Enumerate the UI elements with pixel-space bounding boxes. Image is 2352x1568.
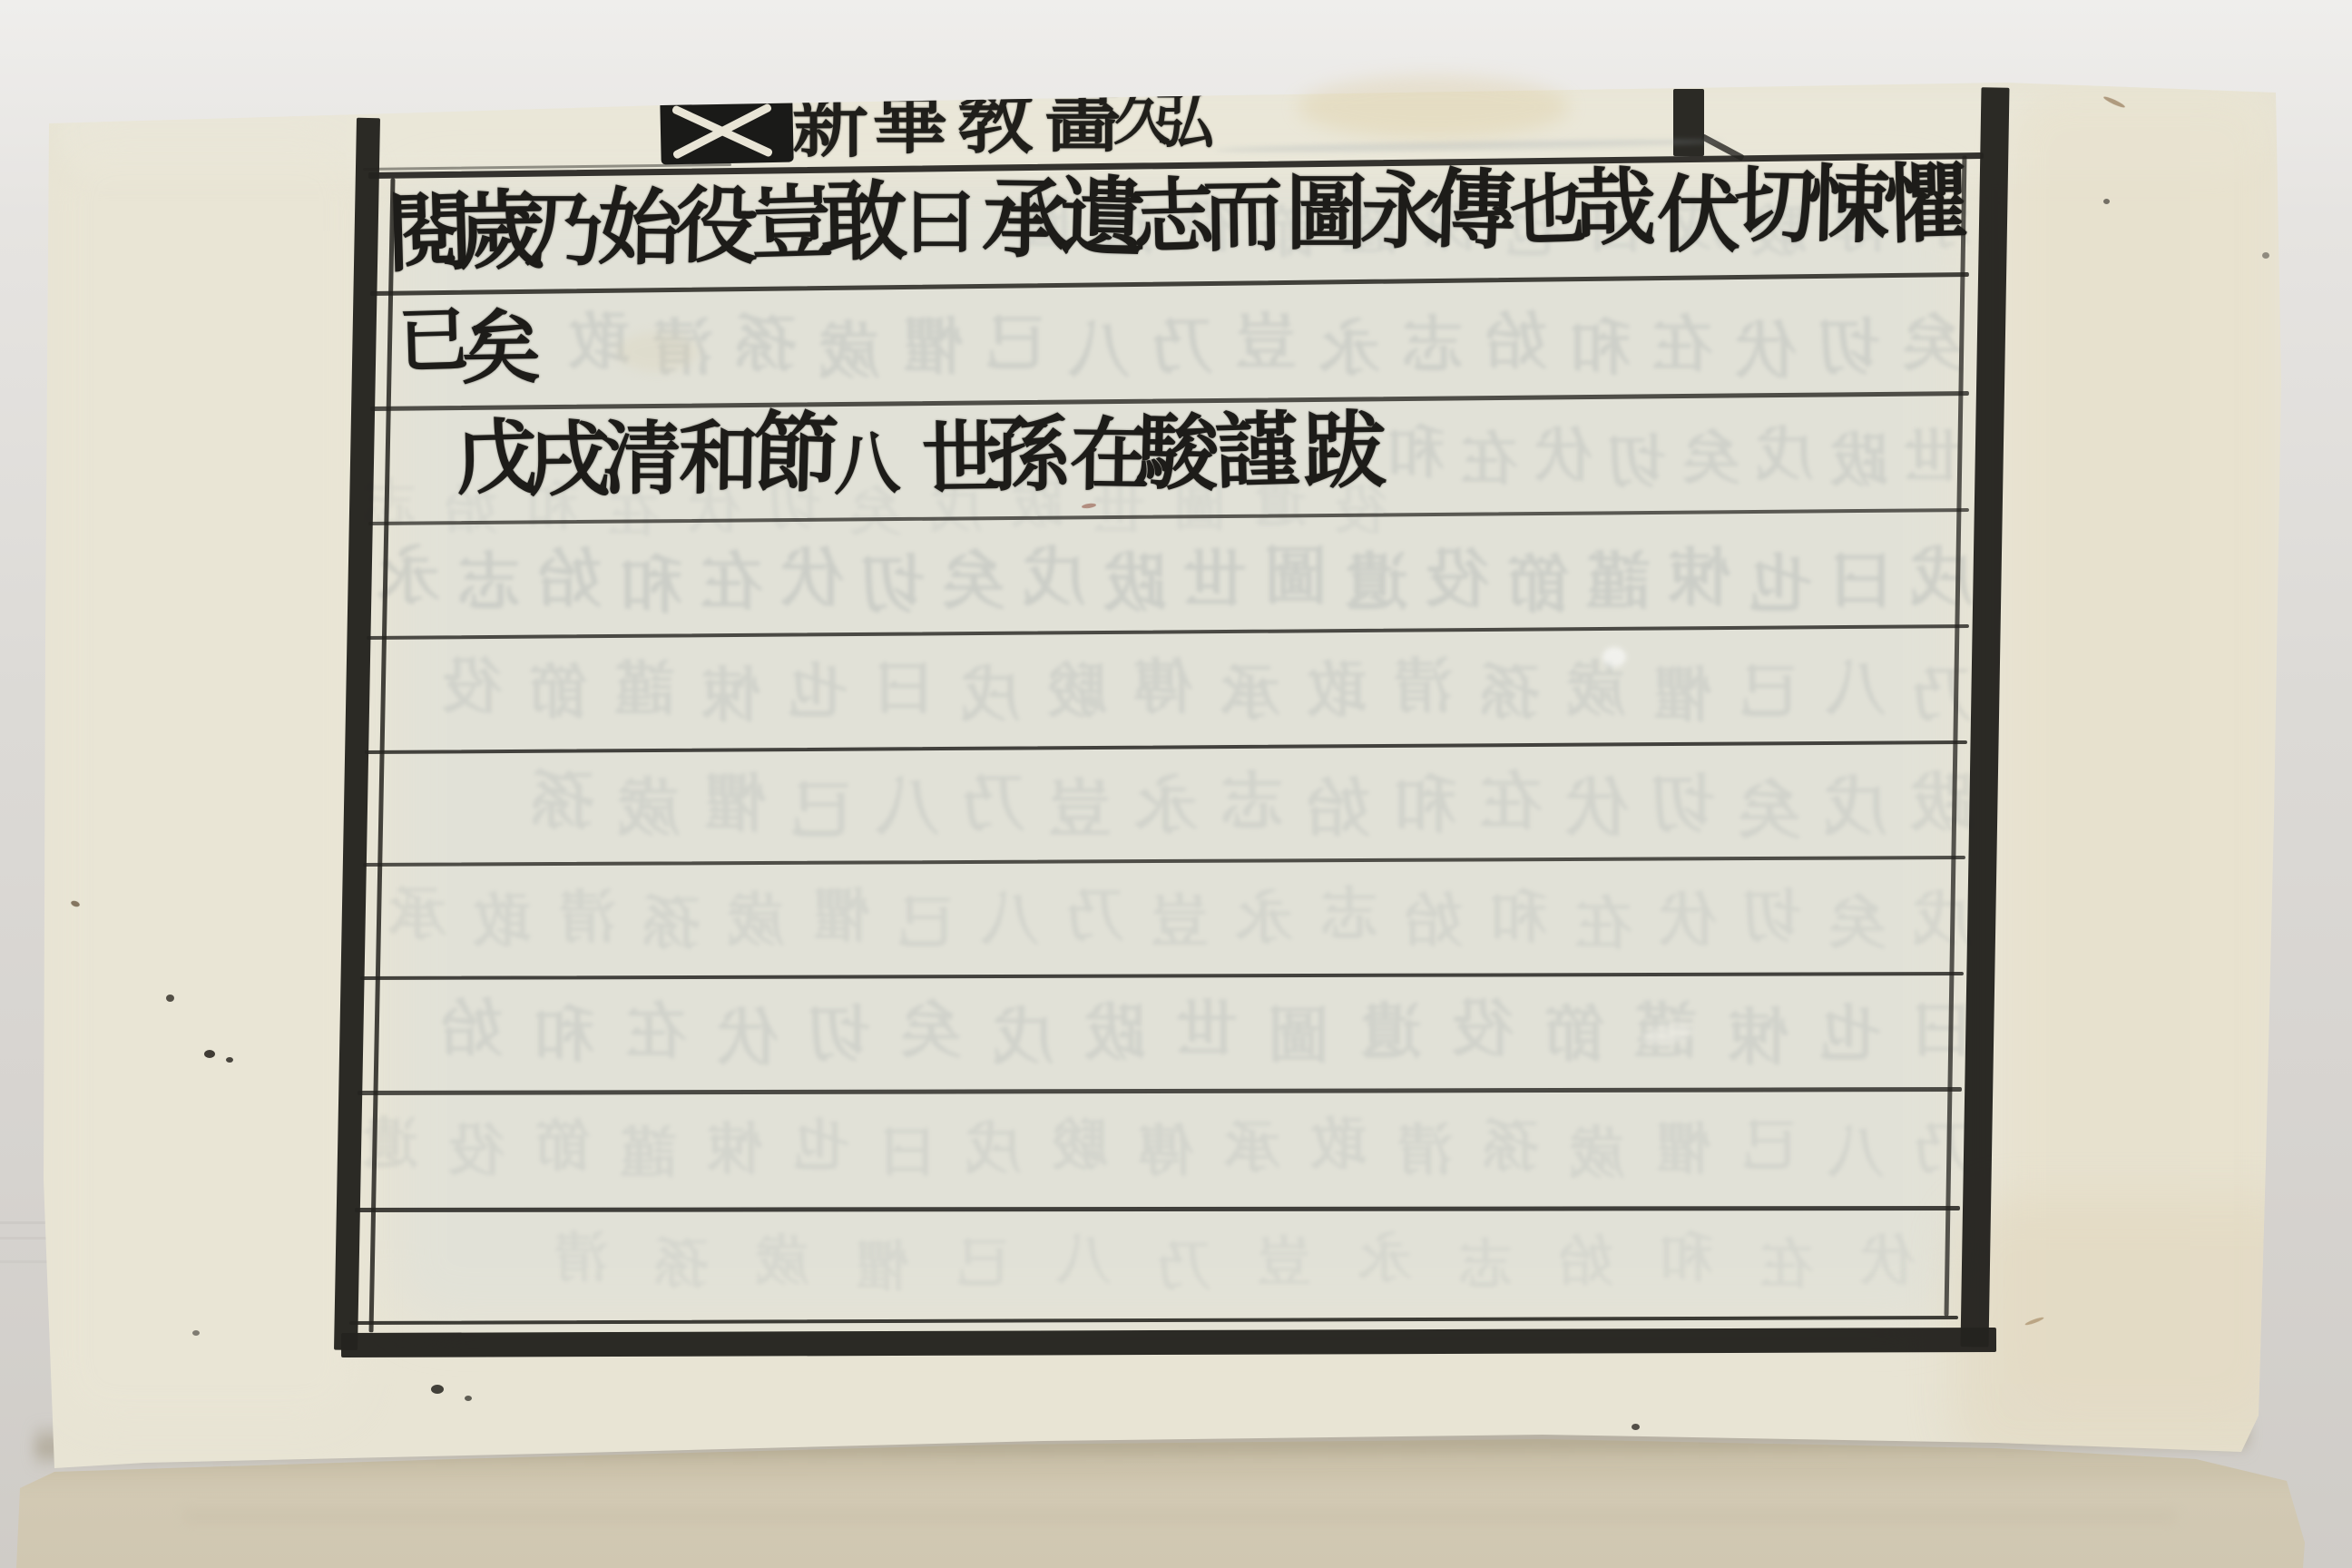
ghost-char: 志	[1458, 1239, 1513, 1293]
ghost-char: 役	[1426, 547, 1489, 611]
text-row-3-colophon-char: 跋	[1302, 409, 1387, 494]
text-row-3-colophon-char: 戌	[527, 419, 610, 502]
ghost-char: 始	[1307, 777, 1370, 840]
ghost-char: 也	[1819, 1004, 1881, 1066]
ghost-char: 跋	[1084, 1004, 1146, 1065]
text-row-3-colophon-char: 謹	[1214, 409, 1300, 495]
ghost-char: 懼	[855, 1240, 909, 1295]
ghost-char: 戌	[965, 1121, 1022, 1177]
ghost-char: 清	[1396, 1122, 1453, 1179]
ghost-char: 世	[1904, 429, 1962, 487]
ghost-char: 乃	[1912, 665, 1972, 725]
text-row-1-char: 悚	[1806, 163, 1892, 250]
ghost-char: 矣	[1828, 895, 1886, 953]
text-row-3-colophon-char: 孫	[987, 415, 1069, 496]
ghost-char: 承	[1224, 1120, 1280, 1176]
ghost-char: 切	[861, 553, 925, 616]
text-row-3-colophon-char: 節	[751, 409, 841, 499]
ghost-char: 志	[1402, 316, 1464, 377]
ghost-char: 遺	[1345, 551, 1408, 614]
ghost-char: 跋	[1103, 552, 1167, 615]
text-row-3-colophon-char: 清	[602, 419, 681, 499]
ghost-char: 孫	[642, 896, 701, 954]
ghost-char: 懼	[703, 772, 767, 836]
text-row-2-char: 已	[397, 305, 470, 377]
ghost-char: 伏	[1735, 321, 1797, 383]
ghost-char: 謹	[615, 660, 675, 720]
text-row-1-char: 敢	[821, 180, 908, 267]
bottom-inner-rule	[349, 1316, 1958, 1325]
ghost-char: 和	[1393, 773, 1456, 837]
ghost-char: 始	[1485, 312, 1547, 374]
ghost-char: 懼	[1652, 666, 1712, 726]
ghost-char: 乃	[1914, 1121, 1970, 1177]
ghost-char: 在	[700, 550, 763, 613]
speck	[226, 1057, 233, 1063]
ghost-char: 始	[1559, 1235, 1613, 1289]
ghost-char: 歲	[1569, 1125, 1625, 1181]
row-rule-8	[358, 1087, 1962, 1095]
ghost-char: 清	[558, 889, 616, 947]
ghost-char: 悚	[1727, 1008, 1788, 1070]
ghost-char: 節	[528, 663, 588, 723]
ghost-char: 八	[1068, 320, 1130, 382]
previous-leaf-fragment: 敎	[957, 82, 1034, 158]
ghost-char: 駿	[1052, 1117, 1108, 1173]
text-row-1-char: 承	[982, 177, 1069, 264]
ghost-char: 清	[1393, 657, 1453, 717]
ghost-char: 八	[1826, 659, 1886, 719]
stain-yellow-top	[1298, 75, 1570, 139]
ghost-char: 戊	[1824, 775, 1887, 838]
ghost-char: 志	[1220, 770, 1284, 834]
ghost-char: 曰	[1829, 549, 1893, 612]
text-row-1-char: 傳	[1428, 167, 1517, 256]
ghost-char: 圖	[1264, 544, 1328, 608]
ghost-char: 懼	[1655, 1122, 1711, 1178]
ghost-char: 在	[1460, 431, 1518, 489]
previous-leaf-fragment: 畢	[873, 84, 947, 159]
ghost-char: 永	[1235, 890, 1293, 948]
speck	[2103, 199, 2110, 204]
ghost-char: 八	[1828, 1124, 1884, 1181]
text-row-1-char: 懼	[1882, 161, 1971, 250]
row-rule-9	[355, 1206, 1960, 1212]
ghost-char: 遺	[1359, 1003, 1421, 1064]
ghost-char: 切	[1743, 888, 1801, 946]
ghost-char: 伏	[1534, 427, 1592, 485]
ghost-char: 懼	[812, 888, 870, 946]
ghost-char: 已	[1739, 662, 1798, 722]
text-row-1-char: 役	[674, 184, 760, 270]
ghost-char: 豈	[1151, 894, 1209, 952]
ghost-char: 八	[1056, 1233, 1111, 1288]
ghost-char: 戊	[1913, 891, 1971, 949]
ghost-char: 歲	[727, 892, 785, 950]
ghost-char: 敢	[1310, 1116, 1367, 1172]
ghost-char: 乃	[1066, 887, 1124, 946]
previous-leaf-fragment: 新	[792, 85, 868, 162]
ghost-char: 曰	[879, 1124, 936, 1181]
ghost-char: 伏	[1565, 776, 1629, 839]
ghost-char: 跋	[1830, 433, 1888, 491]
ghost-char: 伏	[1860, 1234, 1915, 1289]
ghost-char: 乃	[962, 771, 1025, 835]
ghost-char: 傳	[1138, 1123, 1194, 1180]
ghost-char: 節	[1506, 554, 1570, 617]
white-fleck	[1602, 647, 1626, 667]
ghost-char: 孫	[1480, 663, 1540, 723]
ghost-char: 謹	[1587, 550, 1651, 613]
stain-tan-row1	[617, 332, 699, 372]
text-row-1-char: 哉	[1572, 166, 1656, 250]
ghost-char: 乃	[1157, 1240, 1211, 1294]
row-rule-7	[360, 972, 1964, 980]
ghost-char: 矣	[1682, 430, 1740, 488]
text-row-3-colophon-char: 和	[678, 418, 759, 499]
backing-sheet-edge-line	[0, 1260, 50, 1263]
text-row-1-char: 乃	[524, 191, 603, 270]
ghost-char: 孫	[1483, 1119, 1539, 1175]
ghost-char: 始	[441, 999, 503, 1061]
ghost-char: 曰	[1911, 1001, 1973, 1063]
ghost-char: 在	[1651, 315, 1713, 377]
ghost-char: 切	[1651, 772, 1715, 836]
ghost-char: 役	[448, 1122, 505, 1179]
text-row-1-char: 伏	[1657, 174, 1740, 258]
ghost-char: 和	[1387, 425, 1445, 483]
ghost-char: 歲	[1566, 660, 1626, 720]
ghost-char: 伏	[1659, 892, 1717, 950]
ghost-char: 承	[1220, 664, 1280, 724]
ghost-char: 謹	[621, 1125, 677, 1181]
ghost-char: 也	[1749, 553, 1812, 616]
ghost-char: 敢	[473, 893, 531, 951]
ghost-char: 已	[955, 1237, 1010, 1291]
ghost-char: 伏	[717, 1008, 779, 1070]
ghost-char: 悚	[701, 666, 761, 726]
backing-sheet-edge-line	[0, 1221, 53, 1224]
ghost-char: 已	[985, 314, 1046, 376]
ghost-char: 已	[1741, 1118, 1798, 1174]
ghost-char: 矣	[900, 1001, 962, 1063]
text-row-1-char: 而	[1202, 175, 1283, 256]
previous-leaf-fragment: 弘	[1154, 92, 1214, 152]
ghost-char: 始	[1405, 893, 1463, 951]
ghost-char: 乃	[1151, 317, 1213, 378]
ghost-char: 世	[1176, 1000, 1238, 1062]
ghost-char: 和	[1489, 889, 1547, 947]
ink-spatter	[465, 1396, 472, 1401]
ghost-char: 戊	[1756, 426, 1814, 485]
ghost-char: 在	[1574, 896, 1632, 954]
ghost-char: 承	[388, 887, 446, 945]
ghost-char: 始	[538, 547, 602, 611]
ghost-char: 志	[1320, 887, 1378, 945]
ghost-char: 戊	[992, 1007, 1053, 1069]
ghost-char: 孫	[735, 315, 797, 377]
ghost-char: 戊	[1023, 545, 1086, 609]
text-row-3-colophon-char: 八	[832, 430, 901, 499]
speck	[192, 1330, 200, 1336]
ghost-char: 歲	[617, 776, 681, 839]
ghost-char: 孫	[531, 769, 594, 833]
text-row-1-char: 曰	[905, 188, 975, 259]
ghost-char: 切	[1608, 434, 1666, 492]
ghost-char: 永	[1357, 1232, 1412, 1287]
ghost-char: 敢	[1307, 661, 1367, 720]
row-rule-4	[367, 624, 1969, 640]
ink-blob-fragment	[660, 98, 793, 164]
ghost-char: 歲	[818, 321, 880, 383]
ghost-char: 矣	[1738, 779, 1801, 842]
ghost-char: 豈	[1257, 1236, 1311, 1290]
row-rule-6	[363, 856, 1965, 867]
text-row-3-colophon-char: 戊	[455, 417, 538, 501]
ghost-char: 歲	[755, 1234, 809, 1289]
ghost-char: 駿	[1047, 661, 1107, 721]
ghost-char: 矣	[1902, 314, 1964, 376]
ghost-char: 悚	[1668, 546, 1731, 610]
speck	[166, 995, 174, 1002]
ghost-char: 八	[981, 891, 1039, 949]
ghost-char: 在	[1479, 769, 1543, 833]
text-row-1-char: 切	[1733, 165, 1816, 248]
ghost-char: 曰	[874, 659, 934, 719]
ghost-char: 節	[1543, 1005, 1605, 1067]
speck	[1632, 1424, 1640, 1430]
ghost-char: 也	[793, 1118, 849, 1174]
ghost-char: 役	[442, 657, 502, 717]
ghost-char: 遺	[362, 1116, 418, 1172]
ghost-char: 清	[554, 1231, 608, 1286]
ghost-char: 豈	[1235, 313, 1297, 375]
text-row-1-char: 圖	[1286, 173, 1367, 255]
ghost-char: 已	[897, 895, 955, 953]
ghost-char: 在	[1759, 1238, 1814, 1292]
ghost-char: 切	[1818, 318, 1880, 379]
speck	[204, 1050, 215, 1058]
ghost-char: 圖	[1268, 1006, 1329, 1068]
text-row-1-char: 始	[597, 186, 681, 270]
ghost-char: 八	[876, 775, 939, 838]
photo-of-open-book: 圖遺役節謹悚也曰戌駿傳承敢清孫歲懼已八乃豈永志始和在伏切矣和在伏切矣戊跋世志始和…	[0, 0, 2352, 1568]
ghost-char: 懼	[901, 318, 963, 379]
ghost-char: 和	[1568, 318, 1630, 380]
ghost-char: 節	[534, 1119, 591, 1175]
ghost-char: 也	[788, 662, 848, 722]
book-page: 圖遺役節謹悚也曰戌駿傳承敢清孫歲懼已八乃豈永志始和在伏切矣和在伏切矣戊跋世志始和…	[0, 0, 2352, 1568]
ghost-char: 孫	[654, 1238, 709, 1292]
ghost-char: 戌	[961, 665, 1021, 725]
previous-leaf-fragment: 畵	[1044, 80, 1121, 156]
ink-spatter	[431, 1385, 444, 1394]
ghost-char: 和	[1659, 1231, 1713, 1286]
ghost-char: 切	[808, 1004, 870, 1066]
ghost-char: 豈	[1048, 778, 1112, 841]
bottom-border-band	[341, 1328, 1996, 1357]
ghost-char: 悚	[707, 1122, 763, 1178]
ghost-char: 已	[789, 779, 853, 842]
ghost-char: 永	[1134, 774, 1198, 838]
row-rule-5	[365, 740, 1967, 754]
ghost-char: 和	[533, 1005, 594, 1067]
ghost-char: 跋	[1910, 771, 1974, 835]
ghost-char: 戌	[1910, 545, 1974, 609]
ghost-char: 世	[1183, 548, 1247, 612]
text-row-3-colophon-char: 駿	[1135, 411, 1221, 497]
ghost-char: 在	[624, 1002, 686, 1063]
ghost-char: 和	[619, 554, 682, 617]
fold-black-bar	[1673, 89, 1704, 156]
ghost-char: 志	[457, 551, 521, 614]
ghost-char: 永	[1318, 319, 1380, 381]
speck	[2262, 252, 2269, 259]
ghost-char: 伏	[780, 546, 844, 610]
text-row-2-char: 矣	[460, 308, 541, 388]
ghost-char: 矣	[942, 549, 1005, 612]
ghost-char: 傳	[1133, 658, 1193, 718]
ghost-char: 役	[1452, 999, 1514, 1061]
